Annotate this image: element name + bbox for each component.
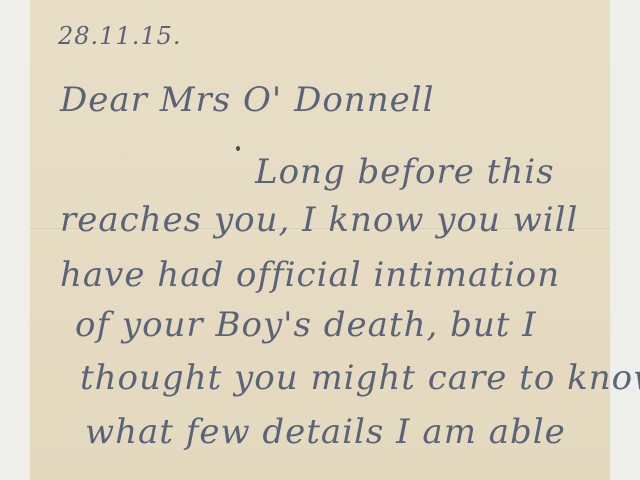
letter-page: 28.11.15. Dear Mrs O' Donnell Long befor…	[30, 0, 610, 480]
letter-line: thought you might care to know	[80, 358, 640, 398]
letter-line: reaches you, I know you will	[60, 200, 578, 240]
letter-date: 28.11.15.	[58, 22, 182, 50]
letter-line: have had official intimation	[60, 255, 560, 295]
salutation: Dear Mrs O' Donnell	[60, 80, 434, 120]
letter-line: what few details I am able	[85, 412, 566, 452]
letter-line: Long before this	[255, 152, 555, 192]
ink-spot	[236, 146, 240, 151]
letter-line: of your Boy's death, but I	[75, 305, 537, 345]
